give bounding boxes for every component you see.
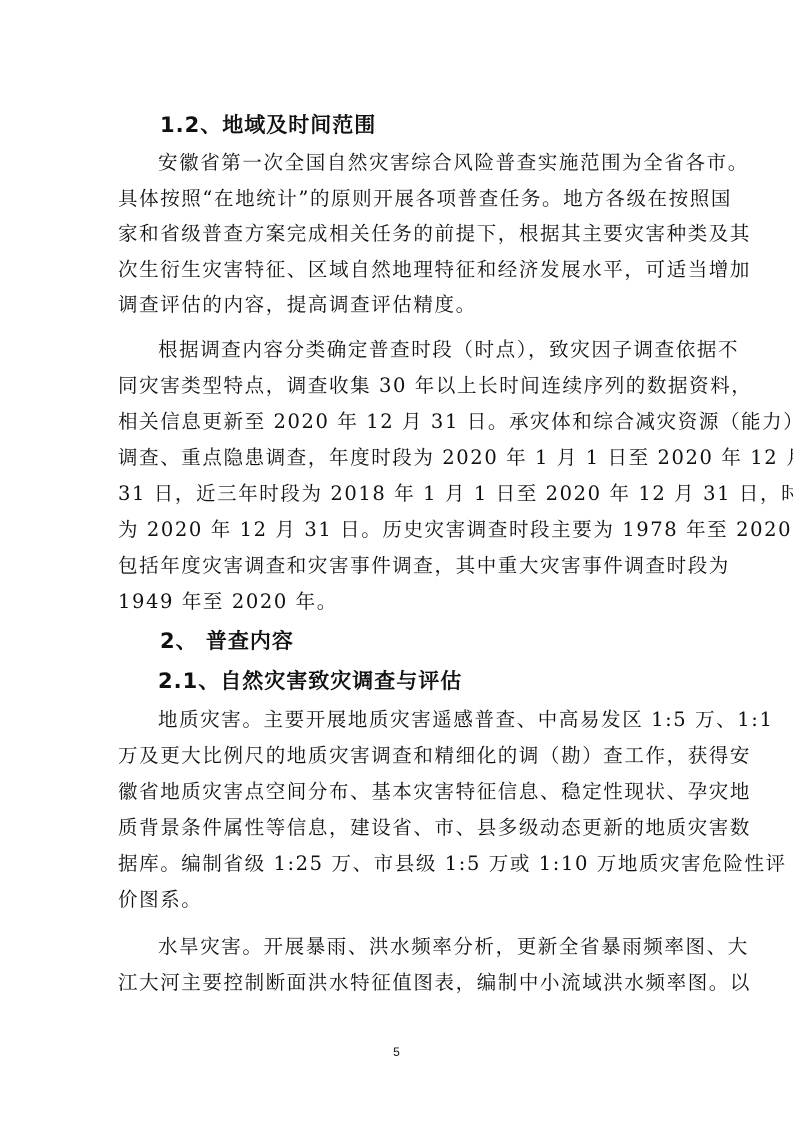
- paragraph-line: 徽省地质灾害点空间分布、基本灾害特征信息、稳定性现状、孕灾地: [118, 780, 678, 804]
- paragraph-line: 同灾害类型特点，调查收集 30 年以上长时间连续序列的数据资料，: [118, 374, 678, 398]
- paragraph-line: 调查评估的内容，提高调查评估精度。: [118, 293, 678, 317]
- paragraph-line: 根据调查内容分类确定普查时段（时点），致灾因子调查依据不: [158, 338, 718, 362]
- paragraph-line: 地质灾害。主要开展地质灾害遥感普查、中高易发区 1:5 万、1:1: [158, 708, 718, 732]
- paragraph-line: 质背景条件属性等信息，建设省、市、县多级动态更新的地质灾害数: [118, 816, 678, 840]
- paragraph-line: 1949 年至 2020 年。: [118, 590, 678, 614]
- paragraph-line: 具体按照“在地统计”的原则开展各项普查任务。地方各级在按照国: [118, 187, 678, 211]
- paragraph-line: 万及更大比例尺的地质灾害调查和精细化的调（勘）查工作，获得安: [118, 744, 678, 768]
- paragraph-line: 31 日，近三年时段为 2018 年 1 月 1 日至 2020 年 12 月 …: [118, 482, 678, 506]
- heading-2-1: 2.1、自然灾害致灾调查与评估: [158, 668, 462, 694]
- paragraph-line: 价图系。: [118, 888, 678, 912]
- paragraph-line: 调查、重点隐患调查，年度时段为 2020 年 1 月 1 日至 2020 年 1…: [118, 446, 678, 470]
- paragraph-line: 安徽省第一次全国自然灾害综合风险普查实施范围为全省各市。: [158, 151, 718, 175]
- paragraph-line: 为 2020 年 12 月 31 日。历史灾害调查时段主要为 1978 年至 2…: [118, 518, 678, 542]
- paragraph-line: 家和省级普查方案完成相关任务的前提下，根据其主要灾害种类及其: [118, 222, 678, 246]
- heading-2: 2、 普查内容: [160, 628, 294, 654]
- paragraph-line: 水旱灾害。开展暴雨、洪水频率分析，更新全省暴雨频率图、大: [158, 935, 718, 959]
- paragraph-line: 相关信息更新至 2020 年 12 月 31 日。承灾体和综合减灾资源（能力）: [118, 410, 678, 434]
- paragraph-line: 次生衍生灾害特征、区域自然地理特征和经济发展水平，可适当增加: [118, 258, 678, 282]
- paragraph-line: 据库。编制省级 1:25 万、市县级 1:5 万或 1:10 万地质灾害危险性评: [118, 852, 678, 876]
- heading-1-2: 1.2、地域及时间范围: [160, 112, 376, 138]
- page-number: 5: [0, 1045, 793, 1059]
- paragraph-line: 江大河主要控制断面洪水特征值图表，编制中小流域洪水频率图。以: [118, 971, 678, 995]
- document-page: 1.2、地域及时间范围 安徽省第一次全国自然灾害综合风险普查实施范围为全省各市。…: [0, 0, 793, 1122]
- paragraph-line: 包括年度灾害调查和灾害事件调查，其中重大灾害事件调查时段为: [118, 554, 678, 578]
